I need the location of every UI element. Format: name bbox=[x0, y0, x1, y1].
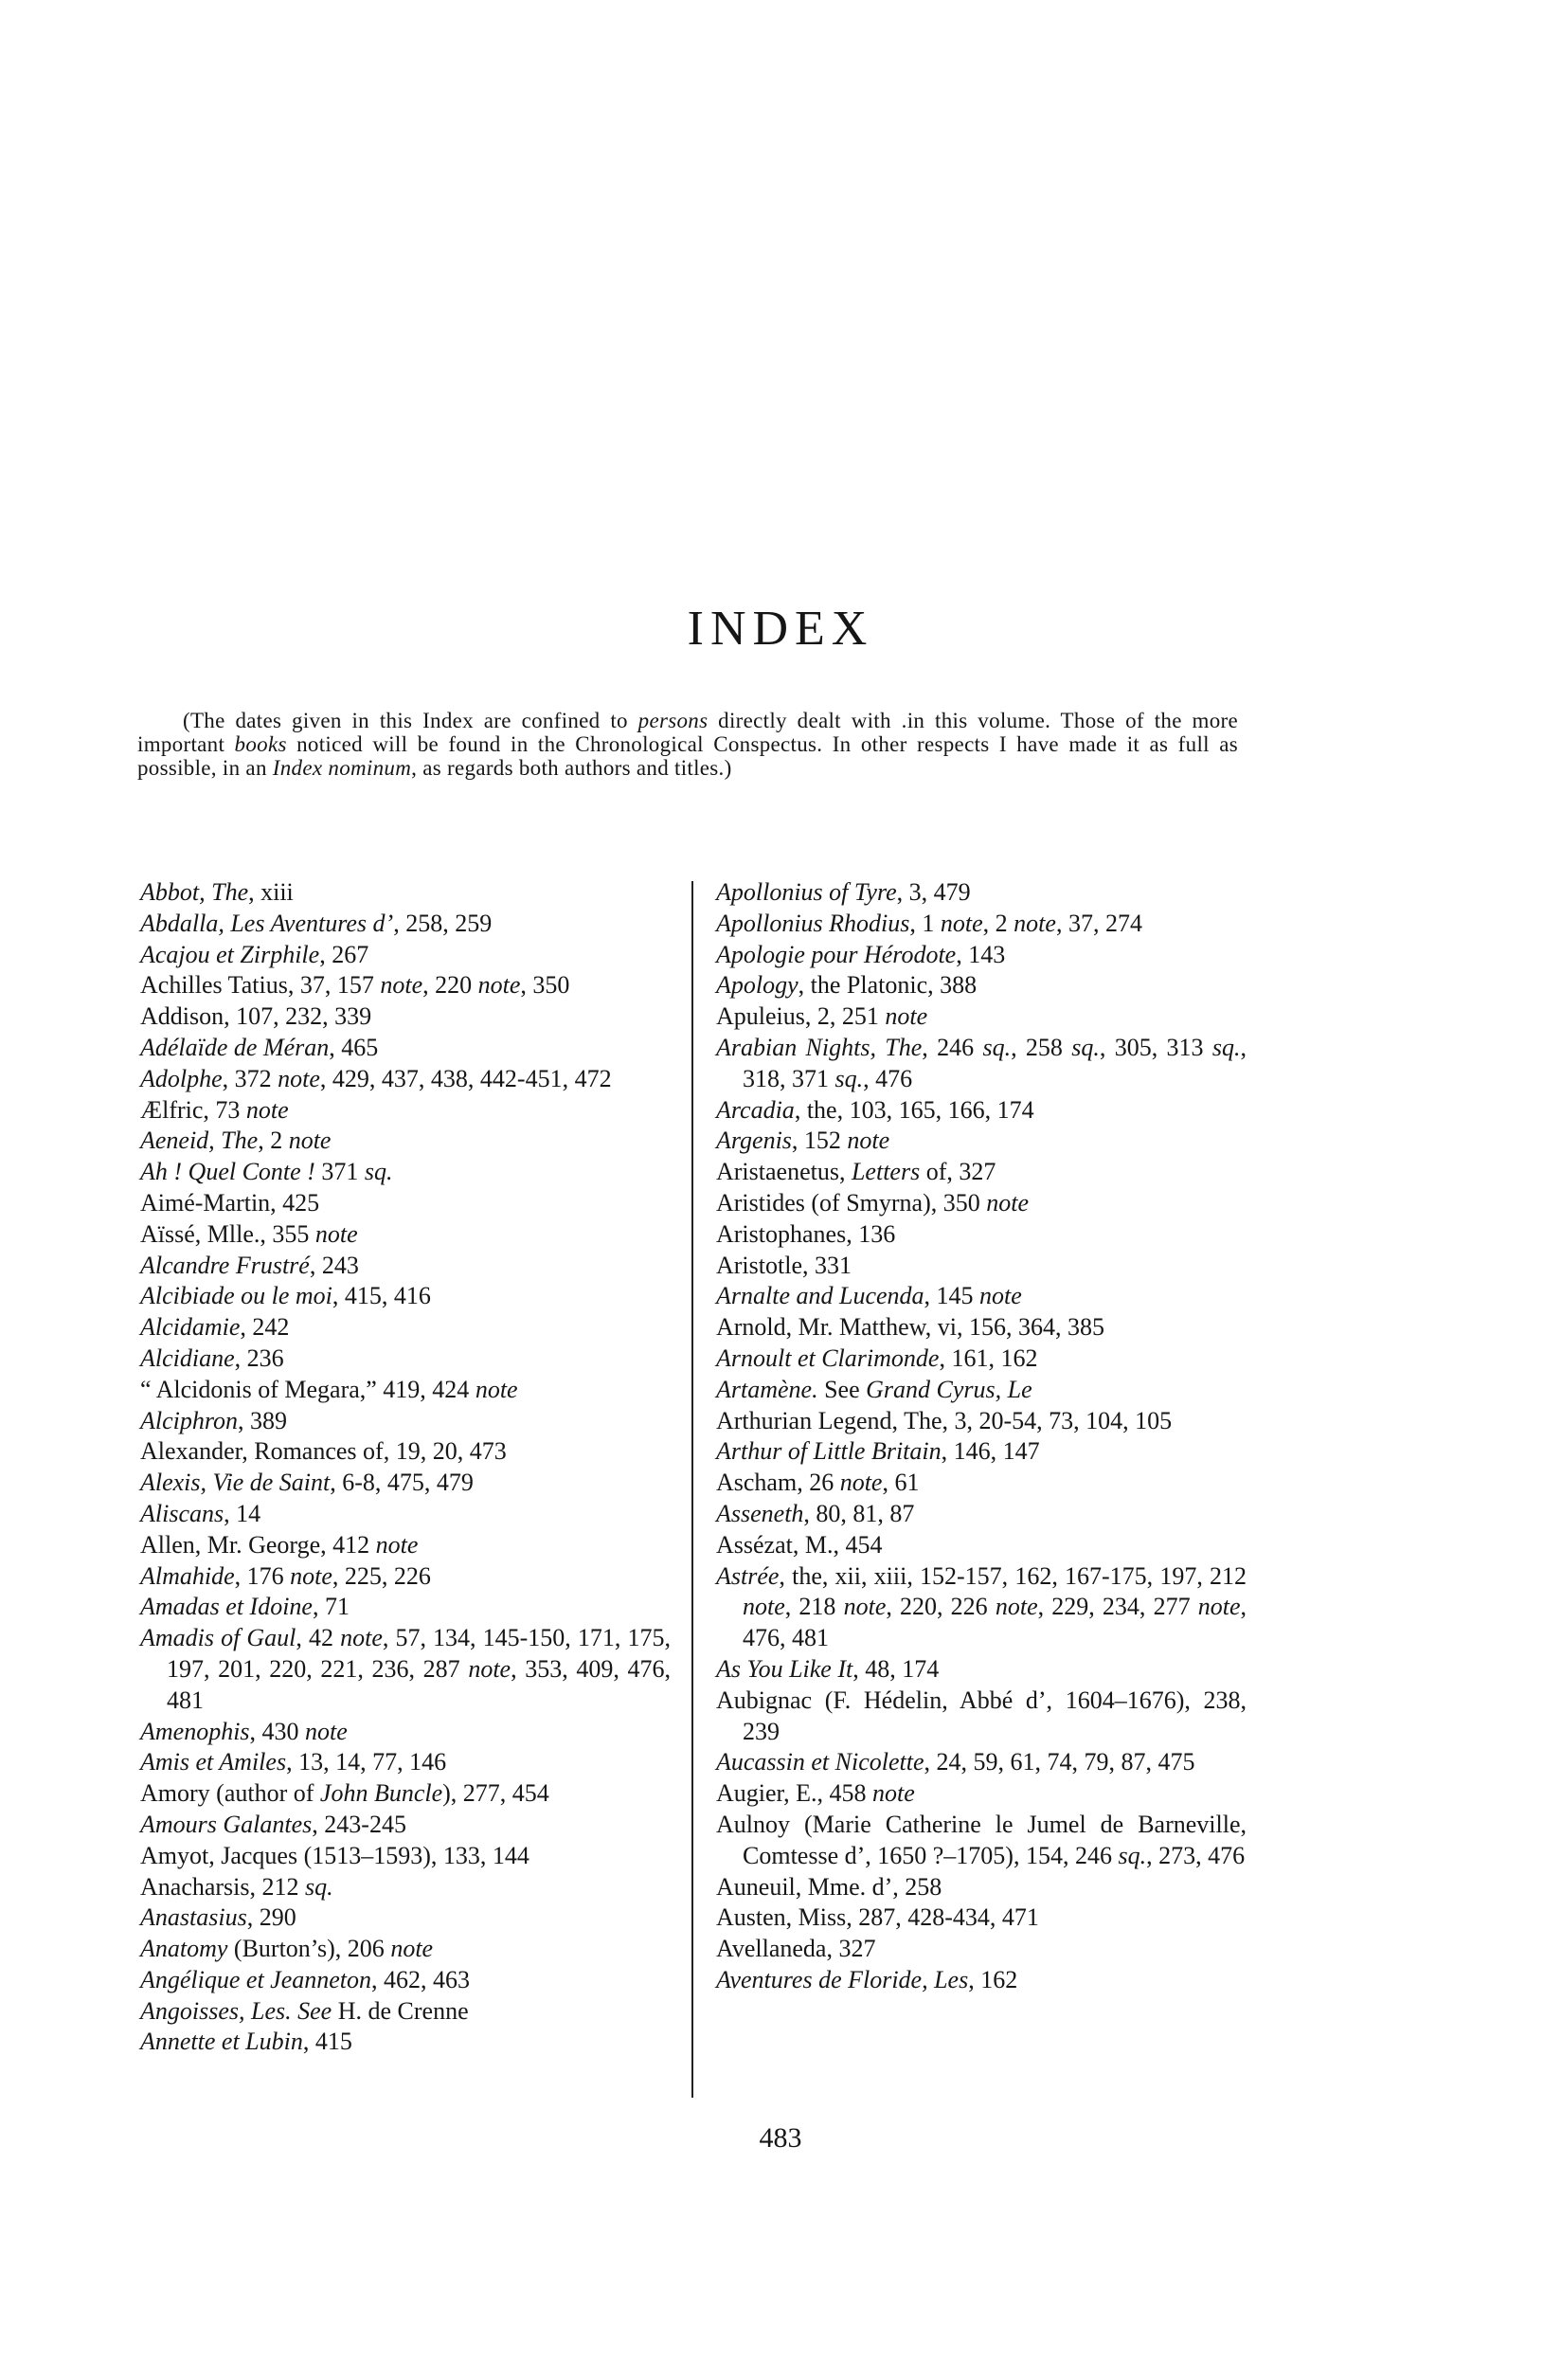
index-entry: Anacharsis, 212 sq. bbox=[140, 1872, 671, 1903]
entry-text: , 80, 81, 87 bbox=[803, 1500, 914, 1527]
entry-text: Aristophanes, 136 bbox=[716, 1220, 895, 1248]
entry-italic-text: Adélaïde de Méran bbox=[140, 1034, 329, 1061]
entry-italic-text: Aucassin et Nicolette bbox=[716, 1748, 924, 1776]
entry-italic-text: Alcandre Frustré bbox=[140, 1252, 310, 1279]
index-entry: Auneuil, Mme. d’, 258 bbox=[716, 1872, 1247, 1903]
index-entry: Aulnoy (Marie Catherine le Jumel de Barn… bbox=[716, 1810, 1247, 1872]
entry-text: , 161, 162 bbox=[939, 1344, 1037, 1372]
entry-italic-text: Alciphron bbox=[140, 1407, 238, 1434]
entry-text: 371 bbox=[315, 1158, 365, 1185]
entry-italic-text: Arabian Nights, The bbox=[716, 1034, 922, 1061]
entry-italic-text: Aventures de Floride, Les bbox=[716, 1966, 968, 1993]
index-entry: Augier, E., 458 note bbox=[716, 1778, 1247, 1810]
entry-italic-text: note bbox=[478, 971, 521, 999]
index-entry: Aïssé, Mlle., 355 note bbox=[140, 1219, 671, 1251]
entry-italic-text: note bbox=[289, 1127, 332, 1154]
index-entry: Ascham, 26 note, 61 bbox=[716, 1468, 1247, 1499]
entry-text: , 462, 463 bbox=[371, 1966, 470, 1993]
index-entry: Ælfric, 73 note bbox=[140, 1095, 671, 1127]
entry-italic-text: note bbox=[872, 1779, 915, 1807]
index-entry: Angoisses, Les. See H. de Crenne bbox=[140, 1996, 671, 2028]
entry-italic-text: note bbox=[380, 971, 422, 999]
entry-italic-text: Amadas et Idoine bbox=[140, 1593, 313, 1620]
index-entry: Anastasius, 290 bbox=[140, 1902, 671, 1934]
entry-text: Aïssé, Mlle., 355 bbox=[140, 1220, 315, 1248]
entry-text: Aubignac (F. Hédelin, Abbé d’, 1604–1676… bbox=[716, 1686, 1247, 1745]
index-entry: Aristophanes, 136 bbox=[716, 1219, 1247, 1251]
entry-text: Austen, Miss, 287, 428-434, 471 bbox=[716, 1903, 1039, 1931]
entry-italic-text: note bbox=[390, 1935, 433, 1962]
entry-text: , xiii bbox=[248, 878, 294, 906]
entry-text: , 430 bbox=[250, 1718, 306, 1745]
entry-text: , 176 bbox=[235, 1562, 291, 1590]
entry-italic-text: sq. bbox=[1118, 1842, 1146, 1869]
index-entry: Apologie pour Hérodote, 143 bbox=[716, 940, 1247, 971]
entry-text: , 225, 226 bbox=[332, 1562, 431, 1590]
entry-italic-text: As You Like It bbox=[716, 1655, 852, 1683]
entry-italic-text: Letters bbox=[852, 1158, 920, 1185]
index-entry: Amours Galantes, 243-245 bbox=[140, 1810, 671, 1841]
entry-text: , 243-245 bbox=[312, 1811, 406, 1838]
index-entry: Arcadia, the, 103, 165, 166, 174 bbox=[716, 1095, 1247, 1127]
entry-italic-text: Alcibiade ou le moi bbox=[140, 1282, 332, 1309]
entry-italic-text: Abdalla, Les Aventures d’ bbox=[140, 910, 393, 937]
entry-italic-text: Aeneid, The bbox=[140, 1127, 258, 1154]
index-entry: Aucassin et Nicolette, 24, 59, 61, 74, 7… bbox=[716, 1747, 1247, 1778]
entry-text: , 476 bbox=[863, 1065, 912, 1092]
entry-italic-text: note bbox=[885, 1002, 927, 1030]
entry-text: Aristaenetus, bbox=[716, 1158, 852, 1185]
entry-italic-text: Apollonius of Tyre bbox=[716, 878, 897, 906]
index-column-left: Abbot, The, xiiiAbdalla, Les Aventures d… bbox=[140, 877, 671, 2058]
entry-italic-text: Abbot, The bbox=[140, 878, 248, 906]
entry-text: , 24, 59, 61, 74, 79, 87, 475 bbox=[924, 1748, 1195, 1776]
entry-text: , 143 bbox=[956, 941, 1005, 968]
entry-text: , 61 bbox=[882, 1469, 919, 1496]
entry-italic-text: note bbox=[743, 1593, 785, 1620]
entry-italic-text: sq. bbox=[1071, 1034, 1100, 1061]
index-entry: Arnalte and Lucenda, 145 note bbox=[716, 1281, 1247, 1312]
index-entry: Alciphron, 389 bbox=[140, 1406, 671, 1437]
entry-italic-text: John Buncle bbox=[320, 1779, 442, 1807]
entry-text: , 372 bbox=[223, 1065, 278, 1092]
entry-text: Addison, 107, 232, 339 bbox=[140, 1002, 371, 1030]
entry-italic-text: Arnoult et Clarimonde bbox=[716, 1344, 939, 1372]
entry-italic-text: note bbox=[1198, 1593, 1241, 1620]
entry-text: , 145 bbox=[924, 1282, 980, 1309]
entry-italic-text: Angoisses, Les. bbox=[140, 1997, 292, 2025]
index-entry: Aliscans, 14 bbox=[140, 1499, 671, 1530]
entry-text: Allen, Mr. George, 412 bbox=[140, 1531, 376, 1559]
intro-italic-text: books bbox=[235, 732, 287, 756]
entry-italic-text: Anastasius bbox=[140, 1903, 247, 1931]
entry-text: Augier, E., 458 bbox=[716, 1779, 872, 1807]
entry-italic-text: Apologie pour Hérodote bbox=[716, 941, 956, 968]
entry-italic-text: note bbox=[475, 1376, 518, 1403]
index-entry: Aristaenetus, Letters of, 327 bbox=[716, 1157, 1247, 1188]
entry-text: Arnold, Mr. Matthew, vi, 156, 364, 385 bbox=[716, 1313, 1104, 1341]
index-entry: Amadis of Gaul, 42 note, 57, 134, 145-15… bbox=[140, 1623, 671, 1716]
entry-text: , 429, 437, 438, 442-451, 472 bbox=[320, 1065, 612, 1092]
entry-text: Aimé-Martin, 425 bbox=[140, 1189, 319, 1217]
entry-text: , 2 bbox=[258, 1127, 289, 1154]
entry-italic-text: See bbox=[297, 1997, 332, 2025]
index-entry: Aubignac (F. Hédelin, Abbé d’, 1604–1676… bbox=[716, 1686, 1247, 1748]
entry-text: , 42 bbox=[296, 1624, 340, 1651]
entry-italic-text: note bbox=[340, 1624, 383, 1651]
entry-text: , 415, 416 bbox=[332, 1282, 431, 1309]
index-entry: Artamène. See Grand Cyrus, Le bbox=[716, 1375, 1247, 1406]
entry-text: , 1 bbox=[909, 910, 941, 937]
entry-italic-text: Arnalte and Lucenda bbox=[716, 1282, 924, 1309]
entry-italic-text: Amadis of Gaul bbox=[140, 1624, 296, 1651]
entry-italic-text: note bbox=[844, 1593, 887, 1620]
entry-italic-text: Alcidiane bbox=[140, 1344, 235, 1372]
index-entry: Anatomy (Burton’s), 206 note bbox=[140, 1934, 671, 1965]
entry-text: , 415 bbox=[303, 2028, 352, 2055]
entry-text: , 218 bbox=[785, 1593, 844, 1620]
entry-text: , 220 bbox=[422, 971, 478, 999]
entry-text: , 267 bbox=[319, 941, 368, 968]
index-entry: Alcibiade ou le moi, 415, 416 bbox=[140, 1281, 671, 1312]
entry-text: Aristides (of Smyrna), 350 bbox=[716, 1189, 986, 1217]
entry-text: (Burton’s), 206 bbox=[227, 1935, 390, 1962]
intro-italic-text: persons bbox=[638, 709, 709, 732]
index-entry: Alcidamie, 242 bbox=[140, 1312, 671, 1343]
entry-text: Assézat, M., 454 bbox=[716, 1531, 882, 1559]
index-entry: Ah ! Quel Conte ! 371 sq. bbox=[140, 1157, 671, 1188]
entry-text: Avellaneda, 327 bbox=[716, 1935, 875, 1962]
index-entry: Acajou et Zirphile, 267 bbox=[140, 940, 671, 971]
entry-text: H. de Crenne bbox=[332, 1997, 468, 2025]
entry-italic-text: Arcadia bbox=[716, 1096, 795, 1124]
entry-text: , 229, 234, 277 bbox=[1038, 1593, 1198, 1620]
index-entry: Abdalla, Les Aventures d’, 258, 259 bbox=[140, 909, 671, 940]
index-entry: Apollonius of Tyre, 3, 479 bbox=[716, 877, 1247, 909]
entry-text: , the Platonic, 388 bbox=[798, 971, 977, 999]
entry-italic-text: Anatomy bbox=[140, 1935, 227, 1962]
index-entry: “ Alcidonis of Megara,” 419, 424 note bbox=[140, 1375, 671, 1406]
entry-text: “ Alcidonis of Megara,” 419, 424 bbox=[140, 1376, 475, 1403]
entry-italic-text: Alexis, Vie de Saint bbox=[140, 1469, 330, 1496]
index-column-right: Apollonius of Tyre, 3, 479Apollonius Rho… bbox=[716, 877, 1247, 1996]
entry-italic-text: note bbox=[278, 1065, 320, 1092]
entry-italic-text: sq. bbox=[835, 1065, 864, 1092]
entry-text: Arthurian Legend, The, 3, 20-54, 73, 104… bbox=[716, 1407, 1172, 1434]
entry-text: Amory (author of bbox=[140, 1779, 320, 1807]
entry-text: , 6-8, 475, 479 bbox=[330, 1469, 474, 1496]
entry-text: Anacharsis, 212 bbox=[140, 1873, 305, 1901]
entry-italic-text: sq. bbox=[1212, 1034, 1241, 1061]
index-entry: Alexis, Vie de Saint, 6-8, 475, 479 bbox=[140, 1468, 671, 1499]
index-entry: Aimé-Martin, 425 bbox=[140, 1188, 671, 1219]
entry-italic-text: sq. bbox=[365, 1158, 393, 1185]
entry-text: , 220, 226 bbox=[886, 1593, 995, 1620]
column-divider bbox=[691, 881, 693, 2098]
entry-italic-text: Ah ! Quel Conte ! bbox=[140, 1158, 315, 1185]
entry-italic-text: Apollonius Rhodius bbox=[716, 910, 909, 937]
index-entry: Arnold, Mr. Matthew, vi, 156, 364, 385 bbox=[716, 1312, 1247, 1343]
index-entry: Alcandre Frustré, 243 bbox=[140, 1251, 671, 1282]
index-entry: Arnoult et Clarimonde, 161, 162 bbox=[716, 1343, 1247, 1375]
index-entry: Angélique et Jeanneton, 462, 463 bbox=[140, 1965, 671, 1996]
index-entry: Apuleius, 2, 251 note bbox=[716, 1001, 1247, 1033]
index-entry: As You Like It, 48, 174 bbox=[716, 1654, 1247, 1686]
index-entry: Amadas et Idoine, 71 bbox=[140, 1592, 671, 1623]
index-entry: Addison, 107, 232, 339 bbox=[140, 1001, 671, 1033]
entry-text: Achilles Tatius, 37, 157 bbox=[140, 971, 380, 999]
entry-text: of, 327 bbox=[920, 1158, 996, 1185]
entry-italic-text: Argenis bbox=[716, 1127, 792, 1154]
entry-italic-text: note bbox=[376, 1531, 419, 1559]
entry-italic-text: Acajou et Zirphile bbox=[140, 941, 319, 968]
entry-text: , 71 bbox=[313, 1593, 350, 1620]
index-entry: Asseneth, 80, 81, 87 bbox=[716, 1499, 1247, 1530]
entry-italic-text: note bbox=[290, 1562, 332, 1590]
index-entry: Assézat, M., 454 bbox=[716, 1530, 1247, 1561]
page-number: 483 bbox=[0, 2122, 1561, 2155]
index-entry: Aventures de Floride, Les, 162 bbox=[716, 1965, 1247, 1996]
entry-italic-text: note bbox=[996, 1593, 1038, 1620]
index-entry: Adolphe, 372 note, 429, 437, 438, 442-45… bbox=[140, 1064, 671, 1095]
entry-italic-text: note bbox=[979, 1282, 1022, 1309]
intro-text: , as regards both authors and titles.) bbox=[411, 756, 731, 780]
entry-text: , 2 bbox=[983, 910, 1014, 937]
entry-text: , 162 bbox=[968, 1966, 1017, 1993]
entry-text: , 243 bbox=[310, 1252, 359, 1279]
index-entry: Amenophis, 430 note bbox=[140, 1717, 671, 1748]
index-entry: Annette et Lubin, 415 bbox=[140, 2027, 671, 2058]
index-entry: Arabian Nights, The, 246 sq., 258 sq., 3… bbox=[716, 1033, 1247, 1095]
entry-text: , 350 bbox=[520, 971, 569, 999]
entry-text: , 273, 476 bbox=[1146, 1842, 1245, 1869]
entry-text: , 14 bbox=[224, 1500, 260, 1527]
entry-text: Apuleius, 2, 251 bbox=[716, 1002, 885, 1030]
index-entry: Astrée, the, xii, xiii, 152-157, 162, 16… bbox=[716, 1561, 1247, 1654]
entry-text: , 246 bbox=[922, 1034, 982, 1061]
entry-text: Alexander, Romances of, 19, 20, 473 bbox=[140, 1437, 507, 1465]
entry-italic-text: Arthur of Little Britain bbox=[716, 1437, 942, 1465]
entry-text: , 290 bbox=[247, 1903, 296, 1931]
index-entry: Apology, the Platonic, 388 bbox=[716, 970, 1247, 1001]
entry-italic-text: Alcidamie bbox=[140, 1313, 240, 1341]
entry-text: , 146, 147 bbox=[942, 1437, 1040, 1465]
entry-text: Aristotle, 331 bbox=[716, 1252, 852, 1279]
entry-italic-text: Adolphe bbox=[140, 1065, 223, 1092]
page-title: INDEX bbox=[0, 603, 1561, 656]
entry-text: , 305, 313 bbox=[1100, 1034, 1212, 1061]
entry-text: , 465 bbox=[329, 1034, 378, 1061]
entry-text: ), 277, 454 bbox=[442, 1779, 549, 1807]
entry-italic-text: Amours Galantes bbox=[140, 1811, 312, 1838]
entry-text: , 3, 479 bbox=[897, 878, 971, 906]
index-entry: Argenis, 152 note bbox=[716, 1126, 1247, 1157]
entry-italic-text: Apology bbox=[716, 971, 798, 999]
index-entry: Aeneid, The, 2 note bbox=[140, 1126, 671, 1157]
index-entry: Arthur of Little Britain, 146, 147 bbox=[716, 1436, 1247, 1468]
entry-text: , 258 bbox=[1011, 1034, 1071, 1061]
index-entry: Apollonius Rhodius, 1 note, 2 note, 37, … bbox=[716, 909, 1247, 940]
entry-text: , the, 103, 165, 166, 174 bbox=[795, 1096, 1034, 1124]
entry-italic-text: Astrée bbox=[716, 1562, 779, 1590]
index-entry: Amory (author of John Buncle), 277, 454 bbox=[140, 1778, 671, 1810]
entry-text: Auneuil, Mme. d’, 258 bbox=[716, 1873, 942, 1901]
entry-italic-text: Almahide bbox=[140, 1562, 235, 1590]
entry-italic-text: Amenophis bbox=[140, 1718, 250, 1745]
index-entry: Austen, Miss, 287, 428-434, 471 bbox=[716, 1902, 1247, 1934]
intro-text: (The dates given in this Index are confi… bbox=[183, 709, 638, 732]
entry-text: Ælfric, 73 bbox=[140, 1096, 246, 1124]
entry-italic-text: note bbox=[941, 910, 983, 937]
index-entry: Amis et Amiles, 13, 14, 77, 146 bbox=[140, 1747, 671, 1778]
entry-text: , 152 bbox=[792, 1127, 848, 1154]
entry-text: , 48, 174 bbox=[852, 1655, 939, 1683]
entry-italic-text: note bbox=[246, 1096, 289, 1124]
index-entry: Alcidiane, 236 bbox=[140, 1343, 671, 1375]
entry-italic-text: sq. bbox=[982, 1034, 1011, 1061]
entry-text: , the, xii, xiii, 152-157, 162, 167-175,… bbox=[779, 1562, 1247, 1590]
entry-italic-text: Angélique et Jeanneton bbox=[140, 1966, 371, 1993]
entry-italic-text: note bbox=[847, 1127, 889, 1154]
index-entry: Arthurian Legend, The, 3, 20-54, 73, 104… bbox=[716, 1406, 1247, 1437]
index-entry: Avellaneda, 327 bbox=[716, 1934, 1247, 1965]
index-entry: Abbot, The, xiii bbox=[140, 877, 671, 909]
entry-italic-text: sq. bbox=[305, 1873, 333, 1901]
intro-italic-text: Index nominum bbox=[273, 756, 411, 780]
entry-italic-text: note bbox=[840, 1469, 883, 1496]
entry-text: , 236 bbox=[235, 1344, 284, 1372]
index-entry: Almahide, 176 note, 225, 226 bbox=[140, 1561, 671, 1593]
entry-text: Ascham, 26 bbox=[716, 1469, 840, 1496]
entry-italic-text: Annette et Lubin bbox=[140, 2028, 303, 2055]
entry-italic-text: note bbox=[468, 1655, 511, 1683]
index-entry: Aristotle, 331 bbox=[716, 1251, 1247, 1282]
entry-text: , 37, 274 bbox=[1056, 910, 1142, 937]
index-entry: Achilles Tatius, 37, 157 note, 220 note,… bbox=[140, 970, 671, 1001]
index-entry: Adélaïde de Méran, 465 bbox=[140, 1033, 671, 1064]
entry-italic-text: note bbox=[315, 1220, 358, 1248]
entry-italic-text: note bbox=[305, 1718, 348, 1745]
entry-italic-text: Amis et Amiles bbox=[140, 1748, 286, 1776]
entry-text: , 389 bbox=[238, 1407, 287, 1434]
entry-text: See bbox=[818, 1376, 867, 1403]
index-intro-note: (The dates given in this Index are confi… bbox=[137, 709, 1238, 780]
entry-italic-text: Aliscans bbox=[140, 1500, 224, 1527]
entry-text: , 13, 14, 77, 146 bbox=[286, 1748, 446, 1776]
index-entry: Amyot, Jacques (1513–1593), 133, 144 bbox=[140, 1841, 671, 1872]
entry-text: , 258, 259 bbox=[393, 910, 492, 937]
entry-italic-text: Asseneth bbox=[716, 1500, 803, 1527]
entry-italic-text: note bbox=[986, 1189, 1029, 1217]
index-entry: Alexander, Romances of, 19, 20, 473 bbox=[140, 1436, 671, 1468]
index-entry: Aristides (of Smyrna), 350 note bbox=[716, 1188, 1247, 1219]
index-entry: Allen, Mr. George, 412 note bbox=[140, 1530, 671, 1561]
entry-italic-text: Artamène. bbox=[716, 1376, 818, 1403]
entry-text: Amyot, Jacques (1513–1593), 133, 144 bbox=[140, 1842, 529, 1869]
entry-italic-text: note bbox=[1014, 910, 1056, 937]
entry-text: , 242 bbox=[240, 1313, 289, 1341]
entry-italic-text: Grand Cyrus, Le bbox=[866, 1376, 1032, 1403]
